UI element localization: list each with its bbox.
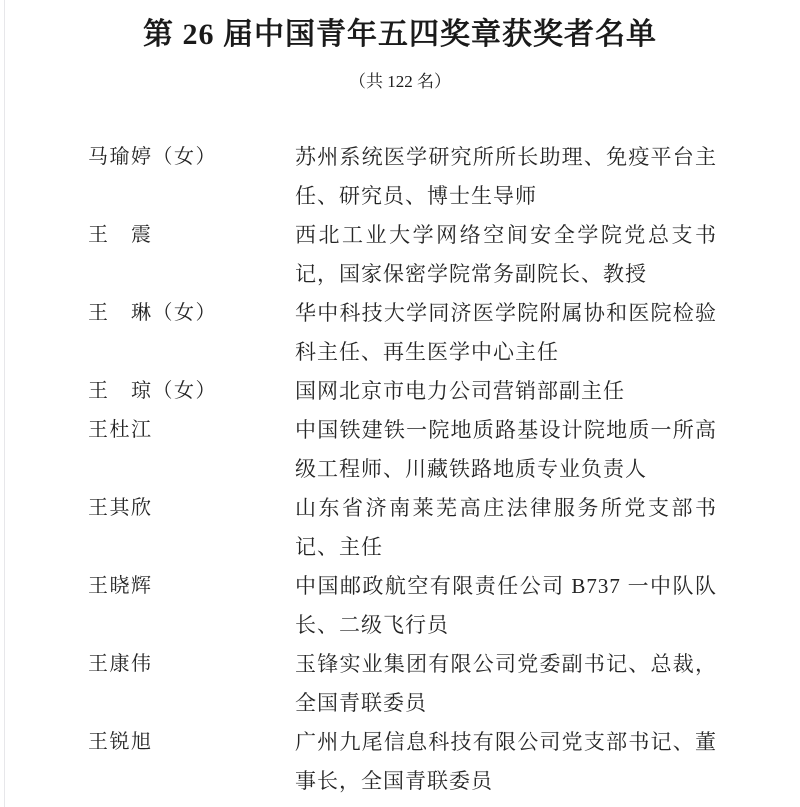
recipient-name: 王锐旭 bbox=[88, 723, 295, 762]
recipient-row: 马瑜婷（女） 苏州系统医学研究所所长助理、免疫平台主任、研究员、博士生导师 bbox=[88, 138, 717, 216]
recipient-row: 王锐旭 广州九尾信息科技有限公司党支部书记、董事长，全国青联委员 bbox=[88, 723, 717, 801]
page-subtitle: （共 122 名） bbox=[0, 70, 800, 94]
recipient-description: 广州九尾信息科技有限公司党支部书记、董事长，全国青联委员 bbox=[295, 723, 717, 801]
recipient-row: 王晓辉 中国邮政航空有限责任公司 B737 一中队队长、二级飞行员 bbox=[88, 567, 717, 645]
recipient-name: 王 震 bbox=[88, 216, 295, 255]
page-left-edge-line bbox=[4, 0, 5, 807]
recipient-description: 苏州系统医学研究所所长助理、免疫平台主任、研究员、博士生导师 bbox=[295, 138, 717, 216]
recipient-name: 王 琳（女） bbox=[88, 294, 295, 333]
recipient-name: 王杜江 bbox=[88, 411, 295, 450]
recipient-description: 国网北京市电力公司营销部副主任 bbox=[295, 372, 717, 411]
recipient-row: 王其欣 山东省济南莱芜高庄法律服务所党支部书记、主任 bbox=[88, 489, 717, 567]
recipient-name: 王其欣 bbox=[88, 489, 295, 528]
recipient-description: 玉锋实业集团有限公司党委副书记、总裁，全国青联委员 bbox=[295, 645, 717, 723]
recipient-row: 王 琳（女） 华中科技大学同济医学院附属协和医院检验科主任、再生医学中心主任 bbox=[88, 294, 717, 372]
recipient-description: 中国邮政航空有限责任公司 B737 一中队队长、二级飞行员 bbox=[295, 567, 717, 645]
recipient-name: 王 琼（女） bbox=[88, 372, 295, 411]
recipient-name: 王康伟 bbox=[88, 645, 295, 684]
recipient-row: 王 琼（女） 国网北京市电力公司营销部副主任 bbox=[88, 372, 717, 411]
page-title: 第 26 届中国青年五四奖章获奖者名单 bbox=[0, 0, 800, 56]
recipient-row: 王康伟 玉锋实业集团有限公司党委副书记、总裁，全国青联委员 bbox=[88, 645, 717, 723]
recipient-row: 王 震 西北工业大学网络空间安全学院党总支书记，国家保密学院常务副院长、教授 bbox=[88, 216, 717, 294]
recipient-description: 山东省济南莱芜高庄法律服务所党支部书记、主任 bbox=[295, 489, 717, 567]
recipient-row: 王杜江 中国铁建铁一院地质路基设计院地质一所高级工程师、川藏铁路地质专业负责人 bbox=[88, 411, 717, 489]
recipient-description: 华中科技大学同济医学院附属协和医院检验科主任、再生医学中心主任 bbox=[295, 294, 717, 372]
recipient-name: 王晓辉 bbox=[88, 567, 295, 606]
recipients-list: 马瑜婷（女） 苏州系统医学研究所所长助理、免疫平台主任、研究员、博士生导师 王 … bbox=[88, 138, 717, 801]
recipient-name: 马瑜婷（女） bbox=[88, 138, 295, 177]
recipient-description: 中国铁建铁一院地质路基设计院地质一所高级工程师、川藏铁路地质专业负责人 bbox=[295, 411, 717, 489]
recipient-description: 西北工业大学网络空间安全学院党总支书记，国家保密学院常务副院长、教授 bbox=[295, 216, 717, 294]
